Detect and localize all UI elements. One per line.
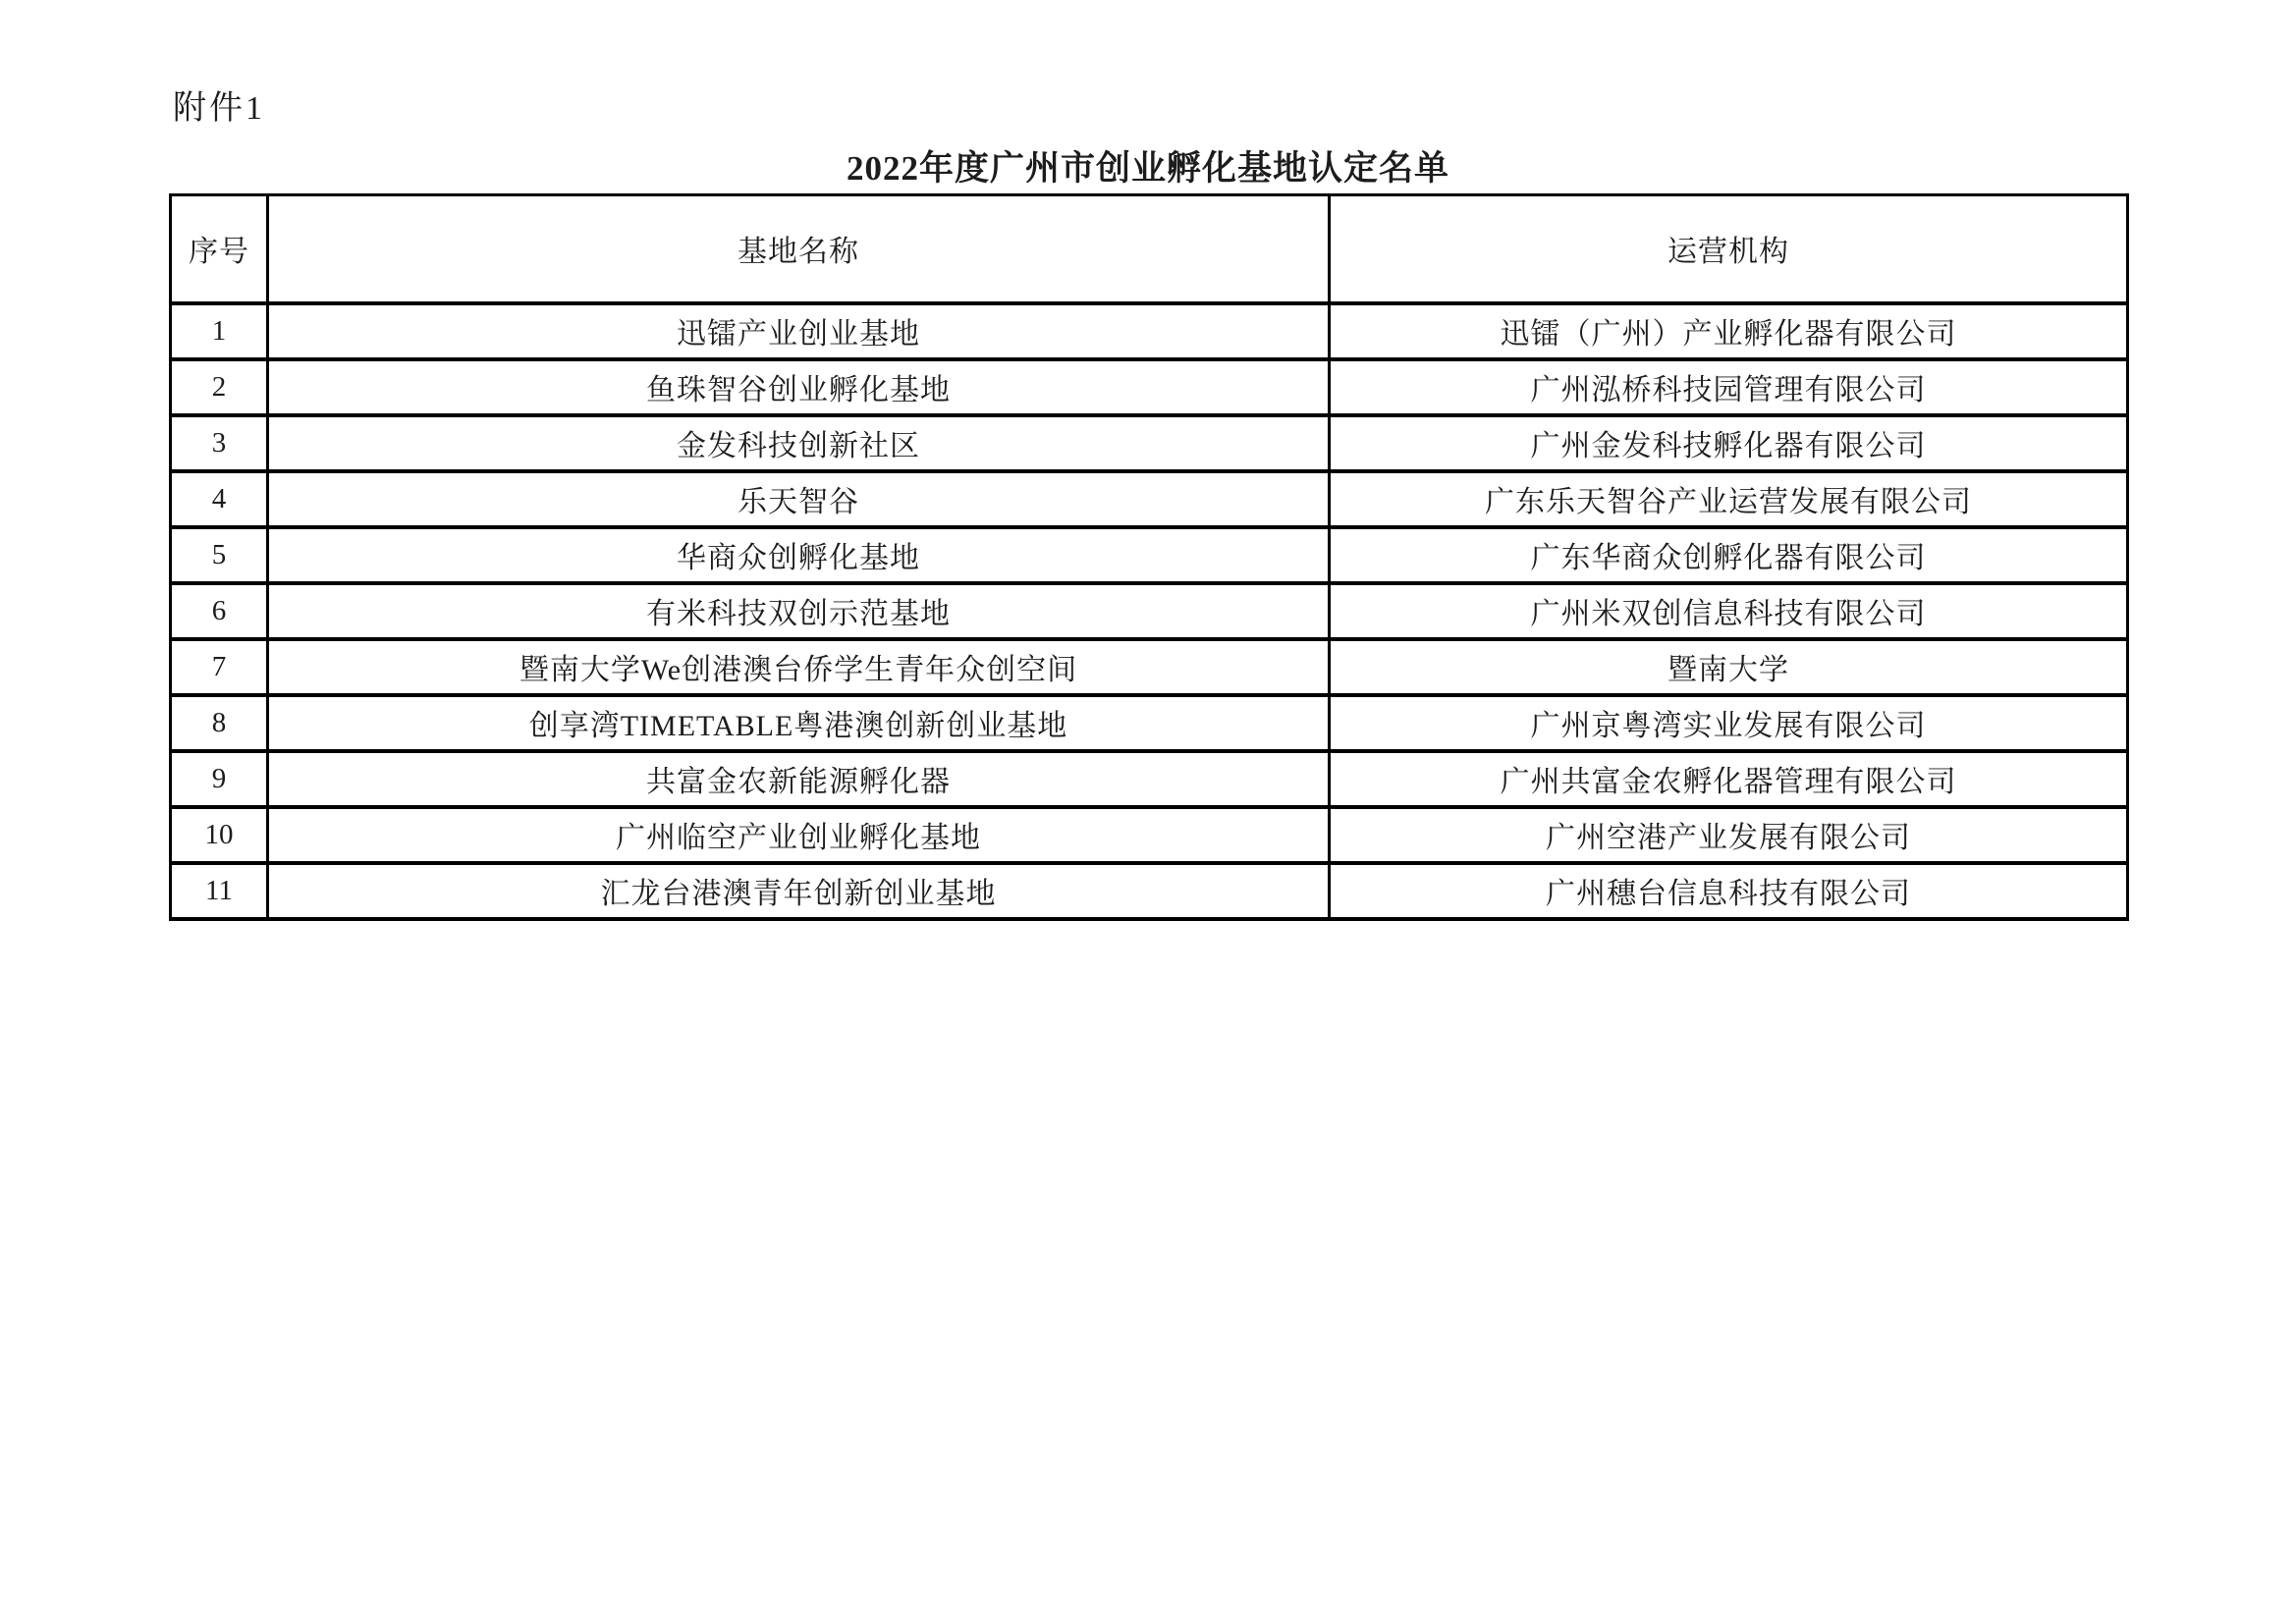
incubation-base-table: 序号 基地名称 运营机构 1 迅镭产业创业基地 迅镭（广州）产业孵化器有限公司 …: [169, 193, 2129, 921]
row-index-cell: 1: [171, 303, 268, 359]
document-page: { "page": { "attachment_label": "附件1", "…: [0, 0, 2296, 1624]
base-name-cell: 华商众创孵化基地: [268, 527, 1330, 583]
row-index-cell: 5: [171, 527, 268, 583]
row-index-cell: 8: [171, 695, 268, 751]
operator-cell: 广州金发科技孵化器有限公司: [1330, 415, 2128, 471]
operator-cell: 迅镭（广州）产业孵化器有限公司: [1330, 303, 2128, 359]
base-name-cell: 迅镭产业创业基地: [268, 303, 1330, 359]
table-row: 10 广州临空产业创业孵化基地 广州空港产业发展有限公司: [171, 807, 2128, 863]
table-row: 6 有米科技双创示范基地 广州米双创信息科技有限公司: [171, 583, 2128, 639]
base-name-cell: 创享湾TIMETABLE粤港澳创新创业基地: [268, 695, 1330, 751]
table-row: 1 迅镭产业创业基地 迅镭（广州）产业孵化器有限公司: [171, 303, 2128, 359]
base-name-cell: 广州临空产业创业孵化基地: [268, 807, 1330, 863]
table-row: 8 创享湾TIMETABLE粤港澳创新创业基地 广州京粤湾实业发展有限公司: [171, 695, 2128, 751]
base-name-cell: 有米科技双创示范基地: [268, 583, 1330, 639]
page-title: 2022年度广州市创业孵化基地认定名单: [0, 141, 2296, 190]
base-name-cell: 暨南大学We创港澳台侨学生青年众创空间: [268, 639, 1330, 695]
header-operator: 运营机构: [1330, 195, 2128, 303]
base-name-cell: 金发科技创新社区: [268, 415, 1330, 471]
base-name-cell: 乐天智谷: [268, 471, 1330, 527]
table-row: 7 暨南大学We创港澳台侨学生青年众创空间 暨南大学: [171, 639, 2128, 695]
header-base-name: 基地名称: [268, 195, 1330, 303]
row-index-cell: 9: [171, 751, 268, 807]
operator-cell: 暨南大学: [1330, 639, 2128, 695]
operator-cell: 广州米双创信息科技有限公司: [1330, 583, 2128, 639]
table-row: 3 金发科技创新社区 广州金发科技孵化器有限公司: [171, 415, 2128, 471]
operator-cell: 广州空港产业发展有限公司: [1330, 807, 2128, 863]
table-row: 4 乐天智谷 广东乐天智谷产业运营发展有限公司: [171, 471, 2128, 527]
base-name-cell: 汇龙台港澳青年创新创业基地: [268, 863, 1330, 919]
base-name-cell: 共富金农新能源孵化器: [268, 751, 1330, 807]
row-index-cell: 2: [171, 359, 268, 415]
attachment-label: 附件1: [173, 81, 265, 129]
row-index-cell: 11: [171, 863, 268, 919]
operator-cell: 广州京粤湾实业发展有限公司: [1330, 695, 2128, 751]
table-header-row: 序号 基地名称 运营机构: [171, 195, 2128, 303]
row-index-cell: 7: [171, 639, 268, 695]
operator-cell: 广东乐天智谷产业运营发展有限公司: [1330, 471, 2128, 527]
operator-cell: 广州穗台信息科技有限公司: [1330, 863, 2128, 919]
row-index-cell: 4: [171, 471, 268, 527]
operator-cell: 广州共富金农孵化器管理有限公司: [1330, 751, 2128, 807]
row-index-cell: 3: [171, 415, 268, 471]
base-name-cell: 鱼珠智谷创业孵化基地: [268, 359, 1330, 415]
row-index-cell: 10: [171, 807, 268, 863]
header-index: 序号: [171, 195, 268, 303]
table-row: 11 汇龙台港澳青年创新创业基地 广州穗台信息科技有限公司: [171, 863, 2128, 919]
operator-cell: 广州泓桥科技园管理有限公司: [1330, 359, 2128, 415]
row-index-cell: 6: [171, 583, 268, 639]
operator-cell: 广东华商众创孵化器有限公司: [1330, 527, 2128, 583]
table-row: 2 鱼珠智谷创业孵化基地 广州泓桥科技园管理有限公司: [171, 359, 2128, 415]
table-row: 5 华商众创孵化基地 广东华商众创孵化器有限公司: [171, 527, 2128, 583]
table-row: 9 共富金农新能源孵化器 广州共富金农孵化器管理有限公司: [171, 751, 2128, 807]
